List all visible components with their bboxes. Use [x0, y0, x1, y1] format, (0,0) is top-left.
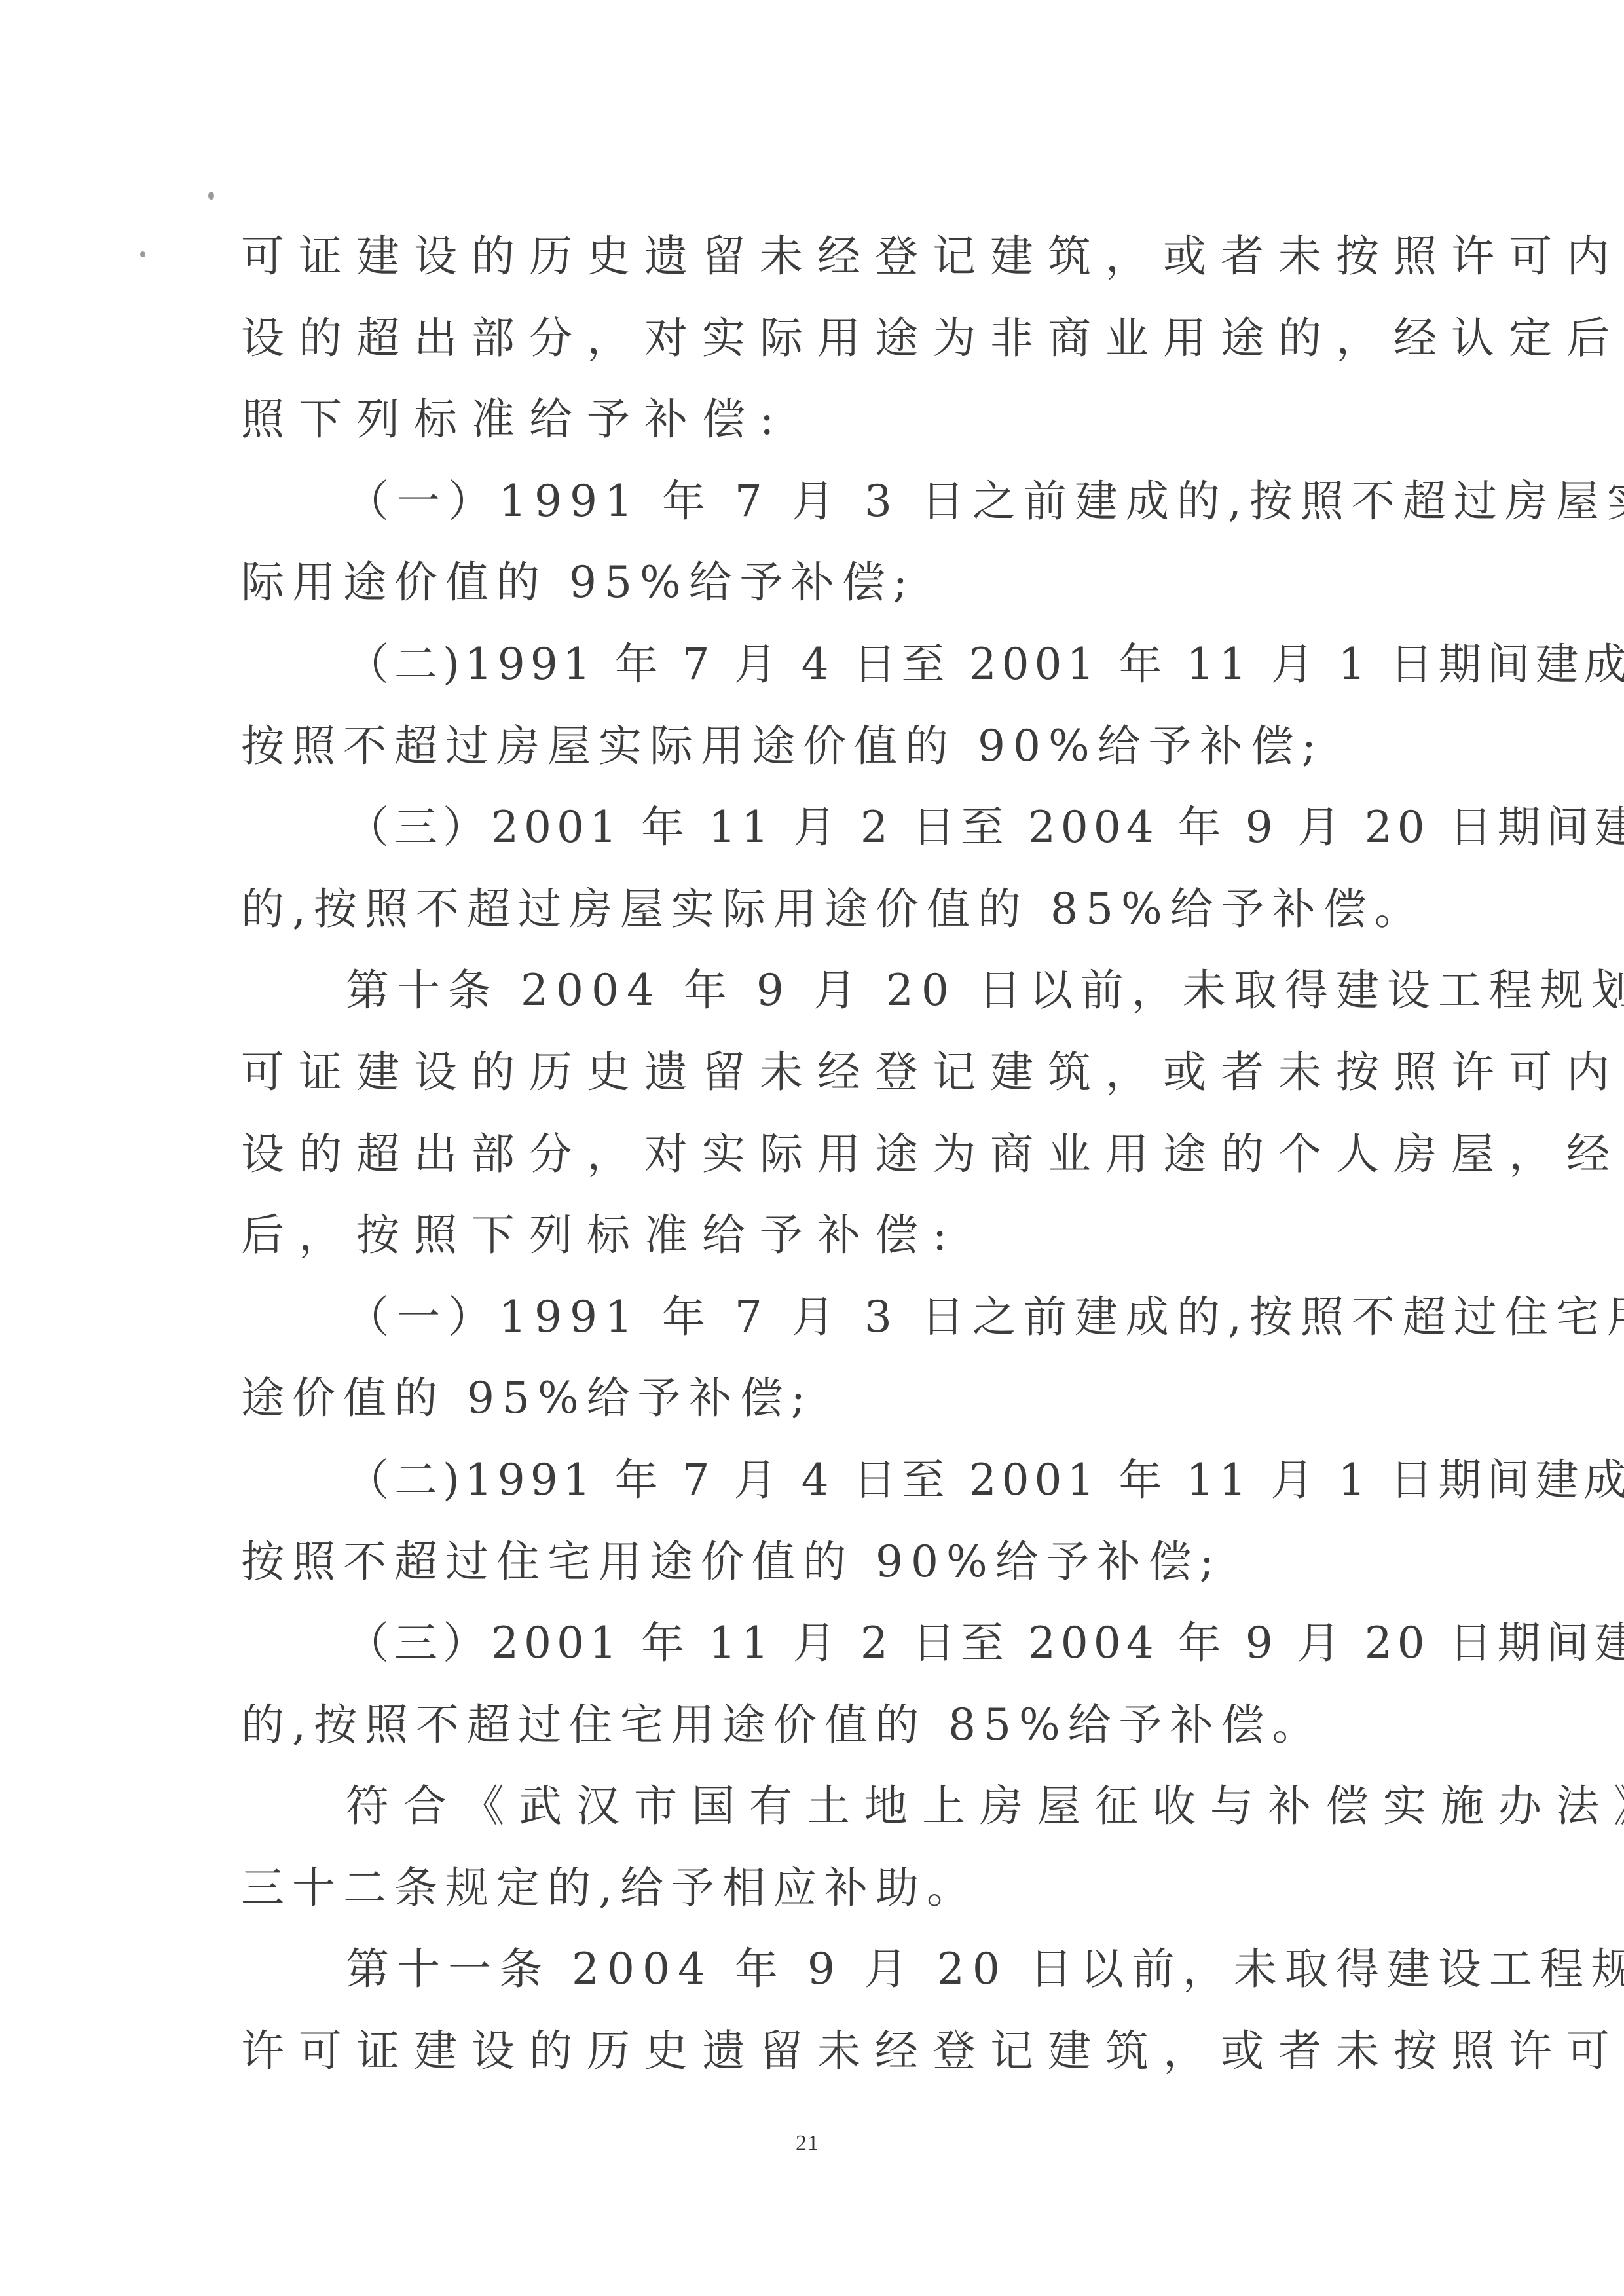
text-line: 可证建设的历史遗留未经登记建筑，或者未按照许可内容建: [241, 1032, 1374, 1114]
text-line: 按照不超过住宅用途价值的 90%给予补偿;: [241, 1522, 1374, 1603]
article-heading-line: 第十一条 2004 年 9 月 20 日以前，未取得建设工程规划: [241, 1929, 1374, 2011]
text-line: 设的超出部分，对实际用途为非商业用途的，经认定后，按: [241, 298, 1374, 380]
text-line: 的,按照不超过房屋实际用途价值的 85%给予补偿。: [241, 869, 1374, 951]
text-line: 三十二条规定的,给予相应补助。: [241, 1848, 1374, 1929]
scan-speck: [140, 251, 145, 257]
list-item-line: （一）1991 年 7 月 3 日之前建成的,按照不超过房屋实: [241, 461, 1374, 543]
list-item-line: （二)1991 年 7 月 4 日至 2001 年 11 月 1 日期间建成的,: [241, 624, 1374, 706]
scan-speck: [208, 192, 214, 200]
text-line: 际用途价值的 95%给予补偿;: [241, 542, 1374, 624]
text-line: 许可证建设的历史遗留未经登记建筑，或者未按照许可内容: [241, 2011, 1374, 2092]
document-page: 可证建设的历史遗留未经登记建筑，或者未按照许可内容建 设的超出部分，对实际用途为…: [0, 0, 1624, 2296]
text-line: 的,按照不超过住宅用途价值的 85%给予补偿。: [241, 1685, 1374, 1766]
text-line: 可证建设的历史遗留未经登记建筑，或者未按照许可内容建: [241, 216, 1374, 298]
text-line: 照下列标准给予补偿:: [241, 379, 1374, 461]
list-item-line: （三）2001 年 11 月 2 日至 2004 年 9 月 20 日期间建成: [241, 1603, 1374, 1685]
text-line: 符合《武汉市国有土地上房屋征收与补偿实施办法》第: [241, 1766, 1374, 1848]
list-item-line: （二)1991 年 7 月 4 日至 2001 年 11 月 1 日期间建成的,: [241, 1440, 1374, 1522]
list-item-line: （一）1991 年 7 月 3 日之前建成的,按照不超过住宅用: [241, 1277, 1374, 1358]
text-line: 设的超出部分，对实际用途为商业用途的个人房屋，经认定: [241, 1114, 1374, 1195]
page-number: 21: [796, 2131, 819, 2156]
text-line: 后，按照下列标准给予补偿:: [241, 1195, 1374, 1277]
list-item-line: （三）2001 年 11 月 2 日至 2004 年 9 月 20 日期间建成: [241, 787, 1374, 869]
article-heading-line: 第十条 2004 年 9 月 20 日以前，未取得建设工程规划许: [241, 950, 1374, 1032]
text-line: 按照不超过房屋实际用途价值的 90%给予补偿;: [241, 706, 1374, 788]
body-text: 可证建设的历史遗留未经登记建筑，或者未按照许可内容建 设的超出部分，对实际用途为…: [241, 216, 1374, 2092]
text-line: 途价值的 95%给予补偿;: [241, 1358, 1374, 1440]
